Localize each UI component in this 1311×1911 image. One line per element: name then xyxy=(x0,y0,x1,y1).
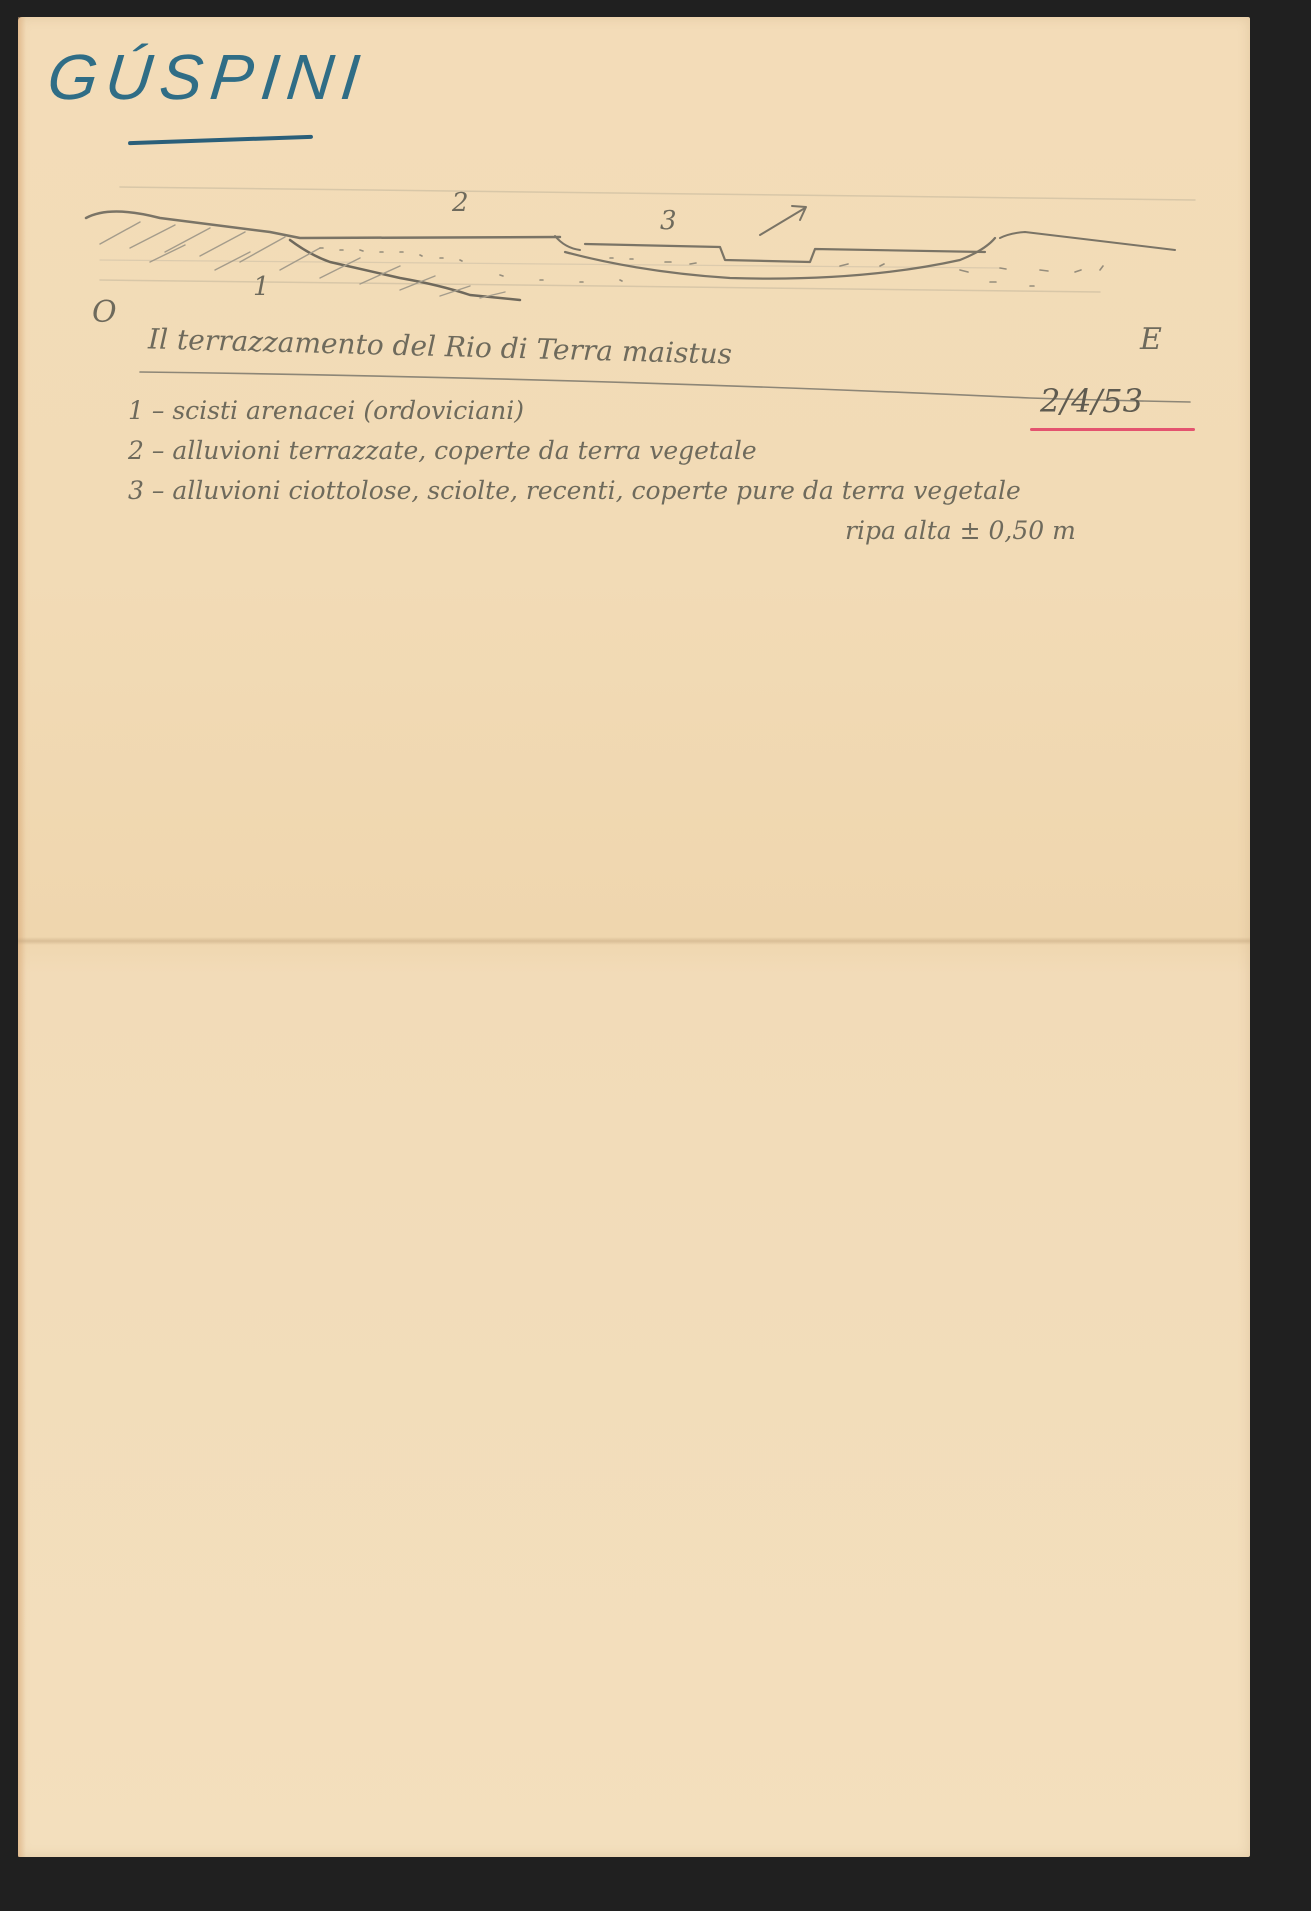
legend-number: 3 xyxy=(128,476,144,505)
legend-number: 1 xyxy=(128,396,144,425)
legend-item-continuation: ripa alta ± 0,50 m xyxy=(845,516,1076,545)
legend-item: 2 – alluvioni terrazzate, coperte da ter… xyxy=(128,436,757,465)
cross-section-sketch xyxy=(0,0,1311,1911)
sketch-label-1: 1 xyxy=(253,272,270,302)
legend-item: 3 – alluvioni ciottolose, sciolte, recen… xyxy=(128,476,1021,505)
date-underline-red xyxy=(1030,428,1195,431)
legend-text: ripa alta ± 0,50 m xyxy=(845,516,1076,545)
orientation-east-label: E xyxy=(1140,322,1162,357)
orientation-west-label: O xyxy=(92,295,117,330)
sketch-label-2: 2 xyxy=(452,188,469,218)
legend-item: 1 – scisti arenacei (ordoviciani) xyxy=(128,396,524,425)
legend-text: alluvioni terrazzate, coperte da terra v… xyxy=(172,436,756,465)
legend-text: scisti arenacei (ordoviciani) xyxy=(172,396,524,425)
sketch-label-3: 3 xyxy=(660,206,677,236)
note-date: 2/4/53 xyxy=(1040,382,1143,420)
legend-number: 2 xyxy=(128,436,144,465)
legend-text: alluvioni ciottolose, sciolte, recenti, … xyxy=(172,476,1020,505)
